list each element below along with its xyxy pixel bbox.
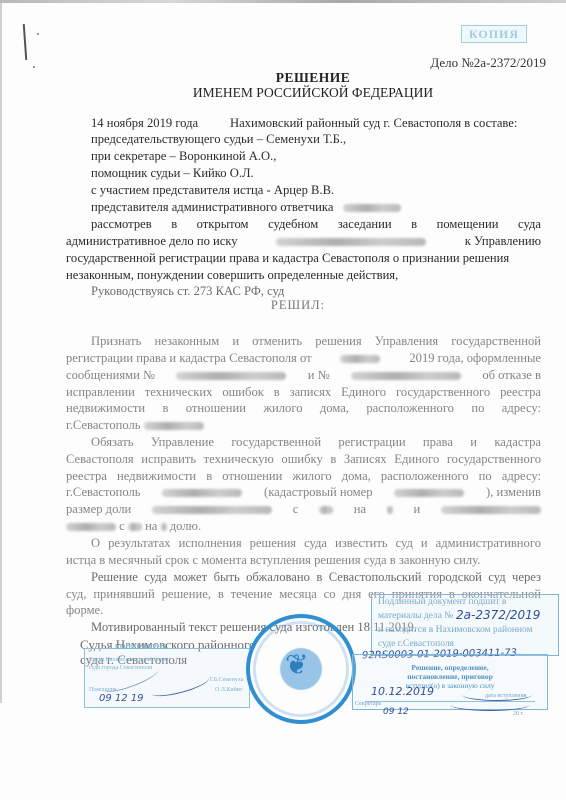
text: и [414, 502, 421, 517]
copy-box-assistant: О.Л.Кийко [215, 687, 242, 693]
year: 20 г. [513, 711, 524, 717]
copy-verified-stamp: КОПИЯ ВЕРНА Судья Нахимовского районного… [84, 648, 250, 708]
redacted-number [176, 372, 286, 380]
resolution-p1-l1: Признать незаконным и отменить решения У… [91, 334, 541, 349]
redacted-share [128, 523, 142, 531]
word: суда [518, 217, 541, 232]
text: г.Севастополь [66, 485, 141, 500]
text: долю. [170, 519, 201, 533]
judge-assistant: помощник судьи – Кийко О.Л. [91, 166, 254, 181]
case-line-start: административное дело по иску [66, 234, 238, 249]
text: размер доли [66, 502, 131, 517]
text: и № [308, 368, 330, 383]
scan-top-edge [0, 0, 566, 3]
redacted-cadastral-number [394, 489, 464, 497]
word: в [171, 217, 177, 232]
copy-box-judge: Т.Б.Семенуха [209, 677, 244, 683]
resolution-p2-l5: размер доли с на и [66, 502, 541, 517]
redacted-address [144, 422, 204, 430]
text: сообщениями № [66, 368, 155, 383]
document-page: КОПИЯ Дело №2а-2372/2019 РЕШЕНИЕ ИМЕНЕМ … [0, 0, 566, 800]
word: заседании [338, 217, 392, 232]
redacted-share [319, 506, 333, 514]
plaintiff-representative: с участием представителя истца - Арцер В… [91, 183, 334, 198]
redacted-number [351, 372, 461, 380]
text: 2019 года, оформленные [409, 351, 541, 366]
case-line-3: государственной регистрации права и када… [66, 251, 509, 266]
resolution-p3-l2: истца в месячный срок с момента вступлен… [66, 553, 480, 568]
resolution-p1-l2: регистрации права и кадастра Севастополя… [66, 351, 541, 366]
redacted-name [152, 506, 272, 514]
original-box-line: суде г.Севастополя [378, 639, 454, 649]
text: об отказе в [482, 368, 541, 383]
resolved-heading: РЕШИЛ: [0, 298, 566, 313]
resolution-p3-l1: О результатах исполнения решения суда из… [91, 536, 541, 551]
resolution-p1-l4: исправлении технических ошибок в записях… [66, 385, 541, 400]
resolution-p2-l2: Севастополя исправить техническую ошибку… [66, 452, 541, 467]
text: регистрации права и кадастра Севастополя… [66, 351, 312, 366]
resolution-p1-l3: сообщениями № и № об отказе в [66, 368, 541, 383]
handwritten-bottom-date: 09 12 [383, 707, 409, 717]
text: с [119, 519, 125, 533]
word: в [411, 217, 417, 232]
redacted-name [441, 506, 541, 514]
hearing-date: 14 ноября 2019 года [91, 116, 198, 131]
text: ), изменив [486, 485, 541, 500]
handwritten-legal-date: 10.12.2019 [371, 685, 434, 698]
case-line: административное дело по иску к Управлен… [66, 234, 541, 249]
redacted-address [162, 489, 242, 497]
resolution-p2-l3: реестра недвижимости в отношении жилого … [66, 469, 541, 484]
guided-by: Руководствуясь ст. 273 КАС РФ, суд [91, 284, 284, 299]
legal-box-line: Решение, определение, [353, 663, 547, 672]
text: на [145, 519, 157, 533]
resolution-p4-l1: Решение суда может быть обжаловано в Сев… [91, 570, 541, 585]
text: г.Севастополь [66, 418, 141, 432]
document-title: РЕШЕНИЕ [0, 70, 566, 86]
scan-dot [37, 33, 39, 35]
court-name: Нахимовский районный суд г. Севастополя … [230, 116, 517, 131]
resolution-p1-l6: г.Севастополь [66, 418, 204, 433]
resolution-p2-l1: Обязать Управление государственной регис… [91, 435, 541, 450]
word: рассмотрев [91, 217, 152, 232]
original-box-line: материалы дела № [378, 611, 453, 621]
copy-stamp: КОПИЯ [461, 25, 527, 43]
resolution-p4-l3: форме. [66, 603, 103, 618]
redacted-date [340, 355, 380, 363]
secretary-label: Секретарь [355, 701, 381, 707]
handwritten-case-number: 2а-2372/2019 [456, 608, 540, 622]
word: открытом [197, 217, 249, 232]
case-line-end: к Управлению [465, 234, 541, 249]
word: помещении [437, 217, 499, 232]
redacted-share [387, 506, 393, 514]
redacted-name [343, 204, 401, 212]
year-prefix: 20 [513, 711, 519, 717]
signature-scribble [450, 698, 530, 711]
considered-line: рассмотрев в открытом судебном заседании… [91, 217, 541, 232]
redacted-name [66, 523, 116, 531]
resolution-p2-l6: с на долю. [66, 519, 201, 534]
text: (кадастровый номер [264, 485, 373, 500]
original-box-line: и находится в Нахимовском районном [378, 625, 533, 635]
resolution-p2-l4: г.Севастополь (кадастровый номер ), изме… [66, 485, 541, 500]
case-number: Дело №2а-2372/2019 [430, 55, 546, 71]
copy-verified-title: КОПИЯ ВЕРНА [115, 643, 167, 651]
original-document-stamp: Подлинный документ подшит в материалы де… [371, 594, 559, 656]
word: судебном [268, 217, 318, 232]
legal-box-line: постановление, приговор [353, 672, 547, 681]
text: на [354, 502, 366, 517]
secretary: при секретаре – Воронкиной А.О., [91, 149, 276, 164]
resolution-p1-l5: недвижимости в отношении жилого дома, ра… [66, 401, 541, 416]
coat-of-arms-icon: ❦ [285, 648, 308, 682]
defendant-rep-label: представителя административного ответчик… [91, 200, 333, 214]
copy-box-line: Судья Нахимовского районного [89, 657, 170, 663]
year-suffix: г. [521, 711, 524, 717]
scan-dot [33, 66, 35, 68]
handwritten-date: 09 12 19 [99, 693, 144, 704]
original-box-line: Подлинный документ подшит в [378, 597, 506, 607]
document-subtitle: ИМЕНЕМ РОССИЙСКОЙ ФЕДЕРАЦИИ [0, 85, 566, 101]
scan-left-edge [0, 3, 2, 703]
text: с [293, 502, 299, 517]
motivated-text-date: Мотивированный текст решения суда изгото… [91, 620, 417, 635]
presiding-judge: председательствующего судьи – Семенухи Т… [91, 132, 346, 147]
redacted-share [161, 523, 167, 531]
redacted-plaintiff [276, 238, 426, 246]
case-line-4: незаконным, понуждении совершить определ… [66, 268, 398, 283]
margin-pen-mark [23, 24, 27, 60]
defendant-representative: представителя административного ответчик… [91, 200, 401, 215]
